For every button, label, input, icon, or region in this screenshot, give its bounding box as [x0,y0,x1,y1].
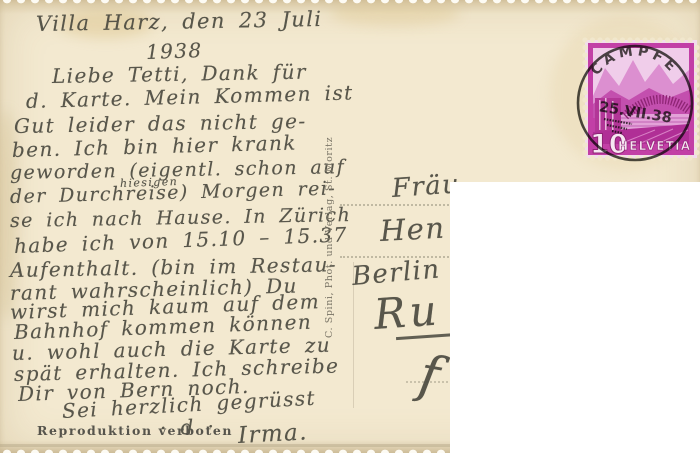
publisher-credit: C. Spini, Phot. und Verlag, St. Moritz [324,137,335,338]
stamp-country: HELVETIA [618,139,691,153]
address-dotted-line [340,204,460,206]
handwritten-line: 1938 [146,38,203,64]
reproduction-notice: Reproduktion verboten [37,423,233,438]
deckled-edge-top [0,0,700,8]
stamp-and-postmark: 10 HELVETIA CAMPFER 25.VII.38 [560,25,700,165]
postcard-back: Villa Harz, den 23 Juli 1938 Liebe Tetti… [0,0,700,453]
address-line-fragment: Hen [379,211,446,248]
handwritten-line: Villa Harz, den 23 Juli [36,7,323,36]
address-line-fragment: f [415,344,446,407]
address-line-fragment: Ru [372,285,442,339]
handwritten-insert-word: hiesigen [120,175,179,190]
redaction-overlay [450,182,700,453]
handwritten-signature: Irma. [237,419,308,449]
